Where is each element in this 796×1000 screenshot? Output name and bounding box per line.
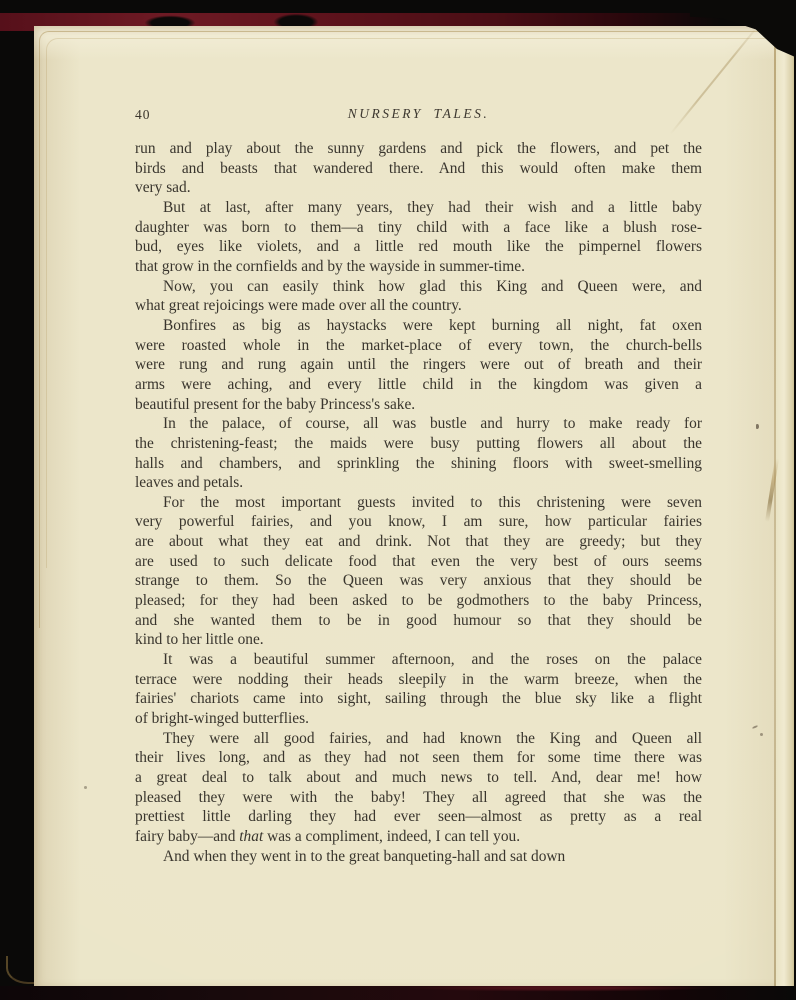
text-line: fairies' chariots came into sight, saili… [135,689,702,709]
text-line: are about what they eat and drink. Not t… [135,532,702,552]
text-line: strange to them. So the Queen was very a… [135,571,702,591]
text-line: very powerful fairies, and you know, I a… [135,512,702,532]
paragraph: run and play about the sunny gardens and… [135,139,702,198]
text-line: pleased; for they had been asked to be g… [135,591,702,611]
text-line: the christening-feast; the maids were bu… [135,434,702,454]
text-line: prettiest little darling they had ever s… [135,807,702,827]
text-line: arms were aching, and every little child… [135,375,702,395]
paper-speck [84,786,87,789]
text-line: of bright-winged butterflies. [135,709,702,729]
paragraph: It was a beautiful summer afternoon, and… [135,650,702,729]
paragraph: In the palace, of course, all was bustle… [135,414,702,493]
text-line: pleased they were with the baby! They al… [135,788,702,808]
text-line: bud, eyes like violets, and a little red… [135,237,702,257]
text-line: They were all good fairies, and had know… [135,729,702,749]
text-line: It was a beautiful summer afternoon, and… [135,650,702,670]
text-line: daughter was born to them—a tiny child w… [135,218,702,238]
text-line: fairy baby—and that was a compliment, in… [135,827,702,847]
paragraph: They were all good fairies, and had know… [135,729,702,847]
text-line: what great rejoicings were made over all… [135,296,702,316]
paragraph: Now, you can easily think how glad this … [135,277,702,316]
text-line: were roasted whole in the market-place o… [135,336,702,356]
page-stack-fore-edge [0,30,37,986]
text-line: a great deal to talk about and much news… [135,768,702,788]
page-gutter-sliver [776,26,794,988]
text-line: birds and beasts that wandered there. An… [135,159,702,179]
page-crease [774,26,776,988]
book-page: 40 NURSERY TALES. run and play about the… [34,26,794,988]
paragraph: For the most important guests invited to… [135,493,702,650]
text-line: their lives long, and as they had not se… [135,748,702,768]
text-line: But at last, after many years, they had … [135,198,702,218]
paragraph: But at last, after many years, they had … [135,198,702,277]
text-line: terrace were nodding their heads sleepil… [135,670,702,690]
text-line: run and play about the sunny gardens and… [135,139,702,159]
text-line: And when they went in to the great banqu… [135,847,702,867]
text-line: Bonfires as big as haystacks were kept b… [135,316,702,336]
text-line: and she wanted them to be in good humour… [135,611,702,631]
paper-speck [752,725,758,729]
text-line: For the most important guests invited to… [135,493,702,513]
paper-speck [756,424,759,429]
text-line: that grow in the cornfields and by the w… [135,257,702,277]
text-line: kind to her little one. [135,630,702,650]
text-line: very sad. [135,178,702,198]
text-block: run and play about the sunny gardens and… [135,139,702,866]
running-title: NURSERY TALES. [135,106,702,122]
text-line: In the palace, of course, all was bustle… [135,414,702,434]
background-bottom [0,986,796,1000]
text-line: leaves and petals. [135,473,702,493]
text-line: are used to such delicate food that even… [135,552,702,572]
paragraph: And when they went in to the great banqu… [135,847,702,867]
text-line: were rung and rung again until the ringe… [135,355,702,375]
text-line: Now, you can easily think how glad this … [135,277,702,297]
text-line: beautiful present for the baby Princess'… [135,395,702,415]
paper-speck [760,733,763,736]
paragraph: Bonfires as big as haystacks were kept b… [135,316,702,414]
book-photo: 40 NURSERY TALES. run and play about the… [0,0,796,1000]
text-line: halls and chambers, and sprinkling the s… [135,454,702,474]
